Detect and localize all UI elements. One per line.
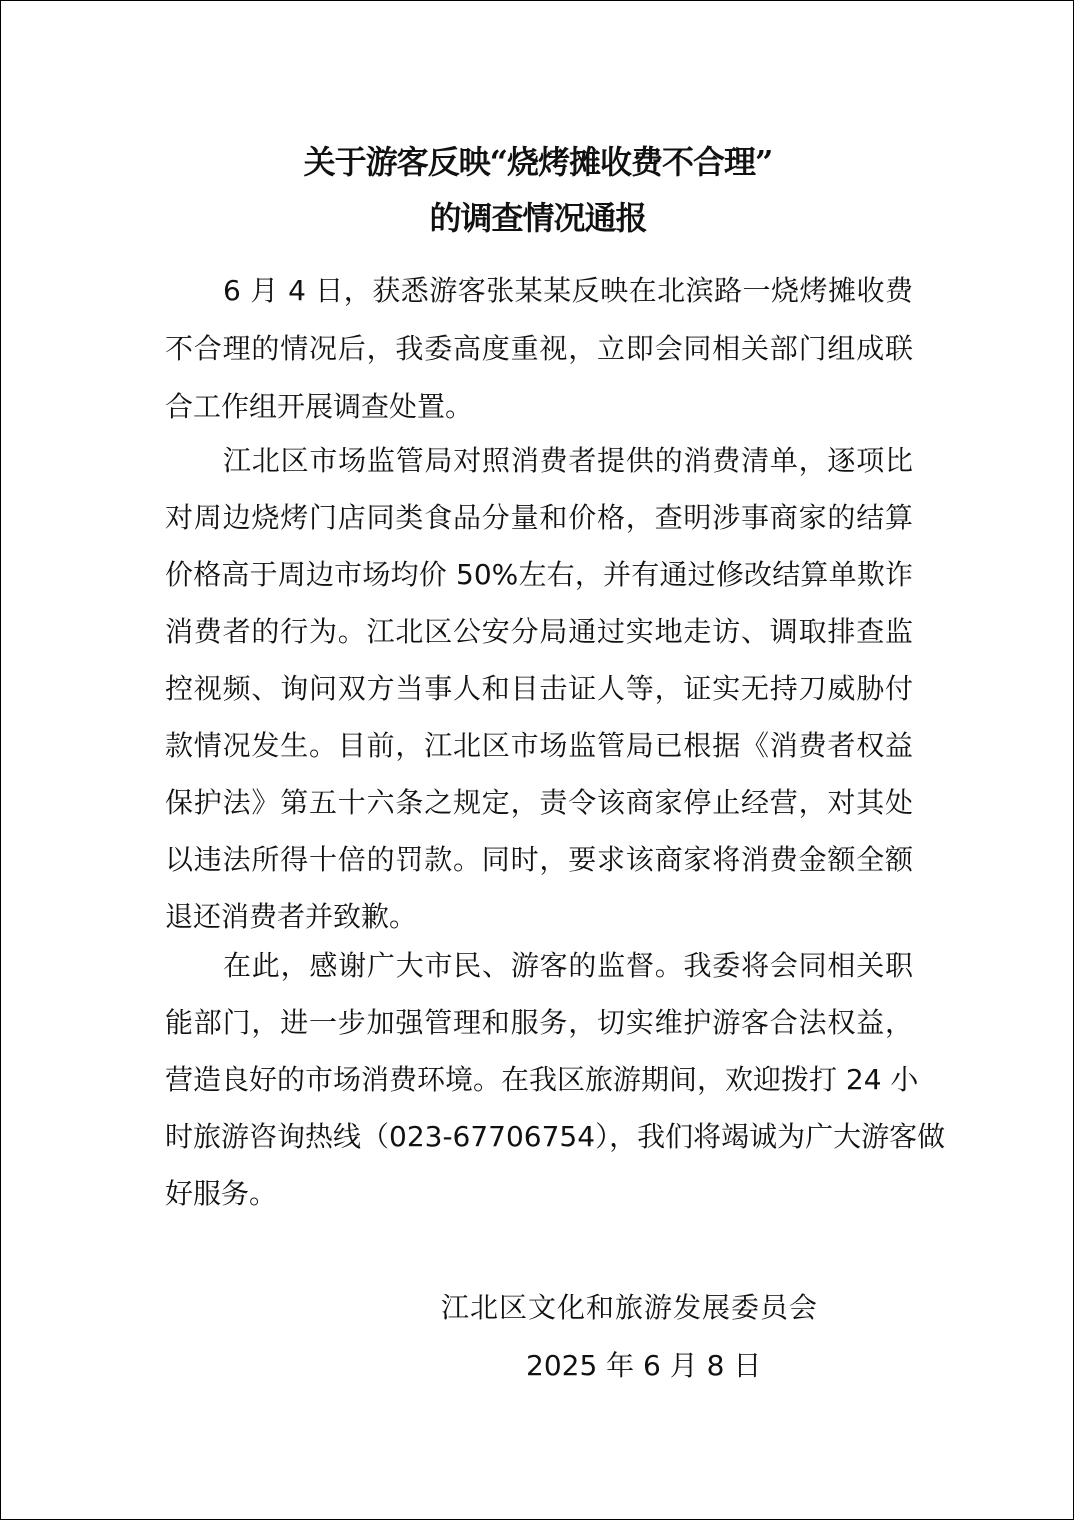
paragraph-line: 款情况发生。目前，江北区市场监管局已根据《消费者权益 xyxy=(165,726,913,766)
signature-organization: 江北区文化和旅游发展委员会 xyxy=(441,1286,818,1326)
document-page: 关于游客反映“烧烤摊收费不合理” 的调查情况通报 6 月 4 日，获悉游客张某某… xyxy=(0,0,1074,1520)
paragraph-line: 在此，感谢广大市民、游客的监督。我委将会同相关职 xyxy=(223,946,913,986)
paragraph-line: 以违法所得十倍的罚款。同时，要求该商家将消费金额全额 xyxy=(165,840,913,880)
paragraph-line: 合工作组开展调查处置。 xyxy=(165,387,913,427)
paragraph-line: 退还消费者并致歉。 xyxy=(165,897,913,937)
paragraph-line: 能部门，进一步加强管理和服务，切实维护游客合法权益， xyxy=(165,1003,913,1043)
paragraph-line: 时旅游咨询热线（023-67706754），我们将竭诚为广大游客做 xyxy=(165,1117,913,1157)
paragraph-line: 不合理的情况后，我委高度重视，立即会同相关部门组成联 xyxy=(165,329,913,369)
paragraph-line: 江北区市场监管局对照消费者提供的消费清单，逐项比 xyxy=(223,441,913,481)
paragraph-line: 控视频、询问双方当事人和目击证人等，证实无持刀威胁付 xyxy=(165,669,913,709)
paragraph-line: 保护法》第五十六条之规定，责令该商家停止经营，对其处 xyxy=(165,783,913,823)
paragraph-line: 对周边烧烤门店同类食品分量和价格，查明涉事商家的结算 xyxy=(165,498,913,538)
paragraph-line: 好服务。 xyxy=(165,1174,913,1214)
paragraph-line: 消费者的行为。江北区公安分局通过实地走访、调取排查监 xyxy=(165,612,913,652)
paragraph-line: 6 月 4 日，获悉游客张某某反映在北滨路一烧烤摊收费 xyxy=(223,271,913,311)
signature-date: 2025 年 6 月 8 日 xyxy=(526,1344,761,1384)
document-title-line-2: 的调查情况通报 xyxy=(1,193,1074,239)
paragraph-line: 营造良好的市场消费环境。在我区旅游期间，欢迎拨打 24 小 xyxy=(165,1060,913,1100)
paragraph-line: 价格高于周边市场均价 50%左右，并有通过修改结算单欺诈 xyxy=(165,555,913,595)
document-title-line-1: 关于游客反映“烧烤摊收费不合理” xyxy=(1,137,1074,183)
